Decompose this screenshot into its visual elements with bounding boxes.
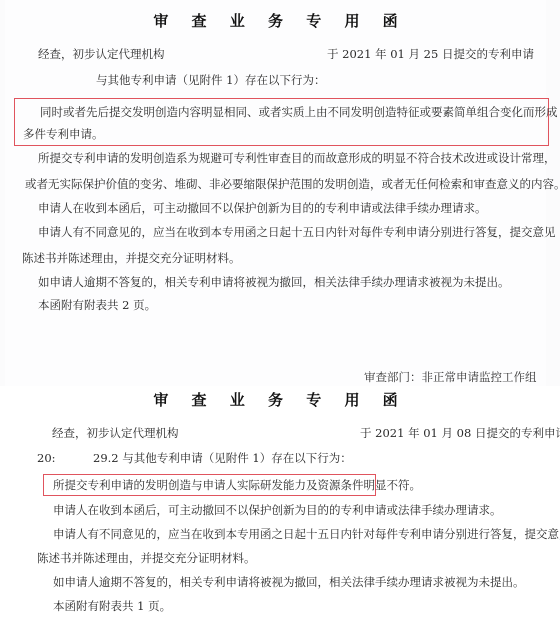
letter-1-title: 审 查 业 务 专 用 函 bbox=[0, 10, 560, 31]
letter-1-para1-line1: 所提交专利申请的发明创造系为规避可专利性审查目的而故意形成的明显不符合技术改进或… bbox=[38, 151, 556, 165]
letter-2-para4: 如申请人逾期不答复的，相关专利申请将被视为撤回，相关法律手续办理请求被视为未提出… bbox=[53, 575, 525, 589]
letter-2-highlight-line1: 所提交专利申请的发明创造与申请人实际研发能力及资源条件明显不符。 bbox=[53, 478, 421, 492]
letter-1-intro-left: 经查，初步认定代理机构 bbox=[38, 47, 165, 61]
letter-2-para5: 本函附有附表共 1 页。 bbox=[53, 599, 171, 613]
letter-1-intro-right: 于 2021 年 01 月 25 日提交的专利申请 bbox=[327, 47, 534, 61]
letter-2-intro-line2: 29.2 与其他专利申请（见附件 1）存在以下行为： bbox=[93, 451, 352, 465]
letter-2-para3-line1: 申请人有不同意见的，应当在收到本专用函之日起十五日内针对每件专利申请分别进行答复… bbox=[53, 527, 560, 541]
letter-1-signature: 审查部门：非正常申请监控工作组 bbox=[364, 369, 537, 385]
letter-1-para4: 如申请人逾期不答复的，相关专利申请将被视为撤回，相关法律手续办理请求被视为未提出… bbox=[38, 275, 510, 289]
letter-2-intro-prefix: 20: bbox=[37, 451, 56, 465]
letter-1-para3-line1: 申请人有不同意见的，应当在收到本专用函之日起十五日内针对每件专利申请分别进行答复… bbox=[38, 225, 556, 239]
letter-1-para1-line2: 或者无实际保护价值的变劣、堆砌、非必要缩限保护范围的发明创造，或者无任何检索和审… bbox=[25, 177, 560, 191]
letter-2-intro-left: 经查，初步认定代理机构 bbox=[52, 426, 179, 440]
letter-2-title: 审 查 业 务 专 用 函 bbox=[0, 389, 560, 410]
letter-2-intro-right: 于 2021 年 01 月 08 日提交的专利申请 bbox=[360, 426, 560, 440]
letter-1-para3-line2: 陈述书并陈述理由，并提交充分证明材料。 bbox=[22, 251, 241, 265]
letter-1-highlight-line1: 同时或者先后提交发明创造内容明显相同、或者实质上由不同发明创造特征或要素简单组合… bbox=[40, 105, 558, 119]
review-letter-1: 审 查 业 务 专 用 函 经查，初步认定代理机构 于 2021 年 01 月 … bbox=[0, 0, 560, 386]
letter-1-para5: 本函附有附表共 2 页。 bbox=[38, 298, 156, 312]
letter-2-para3-line2: 陈述书并陈述理由，并提交充分证明材料。 bbox=[37, 551, 256, 565]
letter-1-highlight-line2: 多件专利申请。 bbox=[23, 127, 104, 141]
letter-2-para2: 申请人在收到本函后，可主动撤回不以保护创新为目的的专利申请或法律手续办理请求。 bbox=[53, 503, 502, 517]
review-letter-2: 审 查 业 务 专 用 函 经查，初步认定代理机构 于 2021 年 01 月 … bbox=[0, 386, 560, 640]
letter-1-intro-line2: 与其他专利申请（见附件 1）存在以下行为： bbox=[96, 73, 325, 87]
letter-1-para2: 申请人在收到本函后，可主动撤回不以保护创新为目的的专利申请或法律手续办理请求。 bbox=[38, 201, 487, 215]
